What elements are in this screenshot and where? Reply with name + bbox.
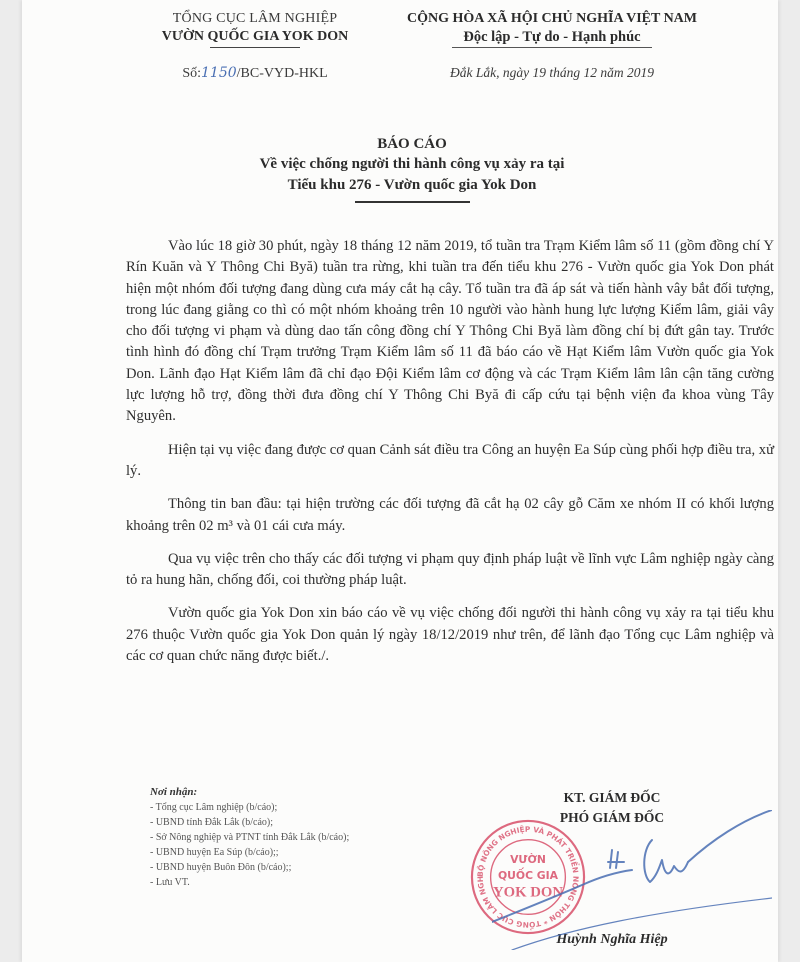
body-paragraph: Thông tin ban đầu: tại hiện trường các đ… (126, 494, 774, 537)
doc-number-suffix: /BC-VYD-HKL (237, 66, 328, 81)
issuing-agency-header: TỔNG CỤC LÂM NGHIỆP VƯỜN QUỐC GIA YOK DO… (140, 10, 370, 83)
body-paragraph: Vào lúc 18 giờ 30 phút, ngày 18 tháng 12… (126, 236, 774, 428)
recipients-list: Nơi nhận: - Tổng cục Lâm nghiệp (b/cáo);… (150, 785, 450, 890)
body-paragraph: Vườn quốc gia Yok Don xin báo cáo về vụ … (126, 603, 774, 667)
recipient-item: - Sở Nông nghiệp và PTNT tỉnh Đắk Lắk (b… (150, 830, 450, 845)
motto-rule (452, 47, 652, 48)
handwritten-signature-icon (492, 810, 772, 950)
recipients-heading: Nơi nhận: (150, 785, 450, 800)
nation-title: CỘNG HÒA XÃ HỘI CHỦ NGHĨA VIỆT NAM (372, 10, 732, 28)
place-and-date: Đắk Lắk, ngày 19 tháng 12 năm 2019 (372, 64, 732, 82)
document-page: TỔNG CỤC LÂM NGHIỆP VƯỜN QUỐC GIA YOK DO… (22, 0, 778, 962)
body-paragraph: Qua vụ việc trên cho thấy các đối tượng … (126, 549, 774, 592)
document-number: Số:1150/BC-VYD-HKL (140, 64, 370, 83)
doc-number-handwritten: 1150 (201, 65, 237, 81)
recipient-item: - Tổng cục Lâm nghiệp (b/cáo); (150, 800, 450, 815)
title-rule (355, 201, 470, 203)
subject-line-1: Về việc chống người thi hành công vụ xảy… (152, 154, 672, 175)
national-motto: Độc lập - Tự do - Hạnh phúc (372, 28, 732, 46)
recipient-item: - UBND huyện Buôn Đôn (b/cáo);; (150, 860, 450, 875)
subject-line-2: Tiểu khu 276 - Vườn quốc gia Yok Don (152, 175, 672, 196)
organization-name: VƯỜN QUỐC GIA YOK DON (140, 28, 370, 46)
recipient-item: - UBND huyện Ea Súp (b/cáo);; (150, 845, 450, 860)
doc-number-prefix: Số: (182, 66, 201, 81)
report-body: Vào lúc 18 giờ 30 phút, ngày 18 tháng 12… (126, 236, 774, 667)
parent-agency: TỔNG CỤC LÂM NGHIỆP (140, 10, 370, 28)
document-title: BÁO CÁO Về việc chống người thi hành côn… (152, 135, 672, 203)
signer-position-1: KT. GIÁM ĐỐC (492, 788, 732, 808)
recipient-item: - UBND tỉnh Đắk Lắk (b/cáo); (150, 815, 450, 830)
doc-type: BÁO CÁO (152, 135, 672, 154)
header-rule (210, 47, 300, 48)
recipient-item: - Lưu VT. (150, 875, 450, 890)
national-header: CỘNG HÒA XÃ HỘI CHỦ NGHĨA VIỆT NAM Độc l… (372, 10, 732, 82)
body-paragraph: Hiện tại vụ việc đang được cơ quan Cảnh … (126, 440, 774, 483)
